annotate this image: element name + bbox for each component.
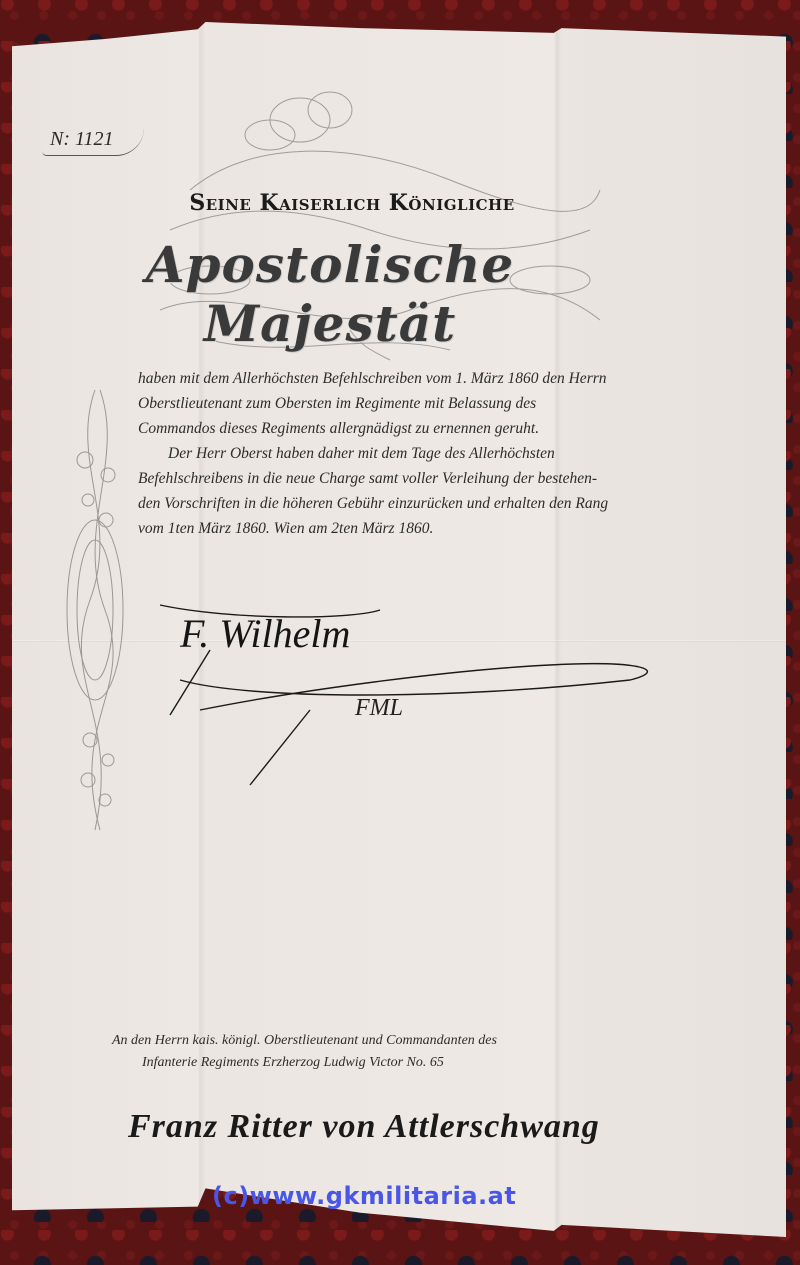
countersignature: FML [355, 695, 403, 722]
body-line: Befehlschreibens in die neue Charge samt… [138, 466, 608, 491]
address-block: An den Herrn kais. königl. Oberstlieuten… [112, 1030, 672, 1074]
address-line: Infanterie Regiments Erzherzog Ludwig Vi… [112, 1052, 672, 1074]
recipient-name: Franz Ritter von Attlerschwang [128, 1108, 600, 1146]
body-line: Commandos dieses Regiments allergnädigst… [138, 416, 608, 441]
body-line: haben mit dem Allerhöchsten Befehlschrei… [138, 366, 608, 391]
document-number: N: 1121 [42, 128, 144, 156]
heading-majesty: Apostolische Majestät [50, 235, 610, 353]
horizontal-fold-line [12, 640, 786, 642]
body-line-date: vom 1ten März 1860. Wien am 2ten März 18… [138, 516, 608, 541]
address-line: An den Herrn kais. königl. Oberstlieuten… [112, 1030, 672, 1052]
heading-sovereign-title: Seine Kaiserlich Königliche [182, 190, 522, 216]
body-line: den Vorschriften in die höheren Gebühr e… [138, 491, 608, 516]
body-line: Der Herr Oberst haben daher mit dem Tage… [138, 441, 608, 466]
body-line: Oberstlieutenant zum Obersten im Regimen… [138, 391, 608, 416]
monarch-signature: F. Wilhelm [180, 610, 350, 657]
decree-body-text: haben mit dem Allerhöchsten Befehlschrei… [138, 366, 608, 541]
copyright-watermark: (c)www.gkmilitaria.at [212, 1182, 516, 1210]
